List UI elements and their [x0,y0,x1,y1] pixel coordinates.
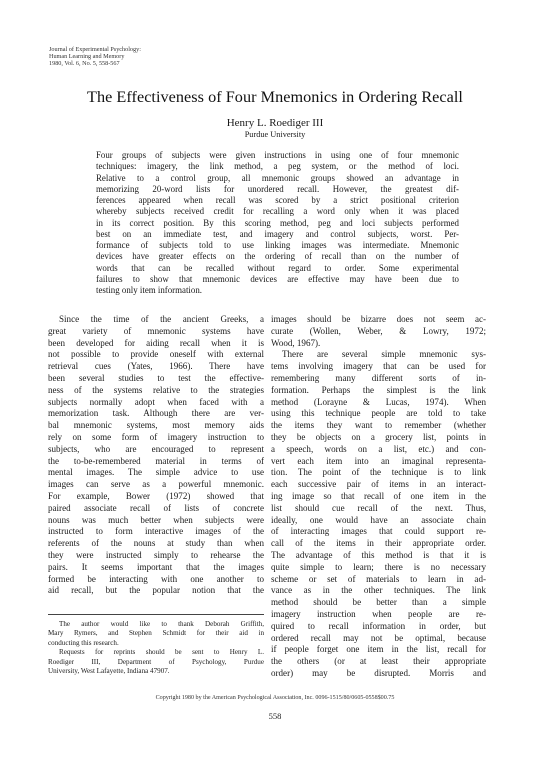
author-name: Henry L. Roediger III [0,117,550,129]
body-line: each successive pair of items in an inte… [271,479,486,491]
abstract-line: testing only item information. [96,285,459,296]
body-line: remembering many different sorts of in- [271,373,486,385]
body-line: subjects, who are encouraged to represen… [48,444,264,456]
author-affiliation: Purdue University [0,130,550,139]
body-line: nouns was much better when subjects were [48,515,264,527]
body-line: order) may be disrupted. Morris and [271,668,486,680]
footnote-line: Roediger III, Department of Psychology, … [48,658,264,667]
body-line: vance as in the other techniques. The li… [271,585,486,597]
body-line: subjects normally adopt when faced with … [48,397,264,409]
abstract-line: Four groups of subjects were given instr… [96,150,459,161]
footnote-line: Mary Rymers, and Stephen Schmidt for the… [48,629,264,638]
footnote-line: conducting this research. [48,639,264,648]
body-line: quired to recall information in order, b… [271,621,486,633]
body-line: they be objects on a grocery list, point… [271,432,486,444]
body-line: using this technique people are told to … [271,408,486,420]
abstract-line: failures to show that mnemonic devices a… [96,274,459,285]
body-line: ordered recall may not be optimal, becau… [271,633,486,645]
body-line: a speech, words on a list, etc.) and con… [271,444,486,456]
body-line: memorization task. Although there are ve… [48,408,264,420]
footnote-line: The author would like to thank Deborah G… [48,620,264,629]
abstract-line: memorizing 20-word lists for unordered r… [96,184,459,195]
abstract-line: best on an immediate test, and imagery a… [96,229,459,240]
journal-subtitle: Human Learning and Memory [49,53,141,60]
abstract: Four groups of subjects were given instr… [96,150,459,296]
body-line: they were instructed simply to rehearse … [48,550,264,562]
body-line: not possible to provide oneself with ext… [48,349,264,361]
body-line: list should cue recall of the next. Thus… [271,503,486,515]
body-line: ing image so that recall of one item in … [271,491,486,503]
body-line: the to-be-remembered material in terms o… [48,456,264,468]
body-line: the others (or at least their appropriat… [271,656,486,668]
body-line: been developed for aiding recall when it… [48,338,264,350]
body-line: formed be interacting with one another t… [48,574,264,586]
body-line: retrieval cues (Yates, 1966). There have [48,361,264,373]
body-line: quite simple to learn; there is no neces… [271,562,486,574]
body-line: paired associate recall of lists of conc… [48,503,264,515]
abstract-line: formance of subjects told to use linking… [96,240,459,251]
abstract-line: ferences appeared when recall was scored… [96,195,459,206]
body-line: Wood, 1967). [271,338,486,350]
body-line: method (Lorayne & Lucas, 1974). When [271,397,486,409]
body-line: The advantage of this method is that it … [271,550,486,562]
body-line: mental images. The simple advice to use [48,467,264,479]
body-line: instructed to form interactive images of… [48,526,264,538]
abstract-line: devices have greater effects on the orde… [96,251,459,262]
abstract-line: words that can be recalled without regar… [96,263,459,274]
body-line: of interacting images that could support… [271,526,486,538]
body-line: curate (Wollen, Weber, & Lowry, 1972; [271,326,486,338]
body-line: tems involving imagery that can be used … [271,361,486,373]
abstract-line: Relative to a control group, all mnemoni… [96,173,459,184]
copyright-notice: Copyright 1980 by the American Psycholog… [0,695,550,701]
body-line: formation. Perhaps the simplest is the l… [271,385,486,397]
body-line: rely on some form of imagery instruction… [48,432,264,444]
body-line: For example, Bower (1972) showed that [48,491,264,503]
body-column-right: images should be bizarre does not seem a… [271,314,486,680]
body-line: There are several simple mnemonic sys- [271,349,486,361]
body-line: images can serve as a powerful mnemonic. [48,479,264,491]
paper-title: The Effectiveness of Four Mnemonics in O… [0,88,550,107]
body-line: bal mnemonic systems, most memory aids [48,420,264,432]
abstract-line: whereby subjects received credit for rec… [96,206,459,217]
journal-header: Journal of Experimental Psychology: Huma… [49,46,141,68]
body-line: vert each item into an imaginal represen… [271,456,486,468]
body-line: aid recall, but the popular notion that … [48,585,264,597]
footnote-line: University, West Lafayette, Indiana 4790… [48,667,264,676]
body-line: ness of the systems relative to the stra… [48,385,264,397]
body-line: pairs. It seems important that the image… [48,562,264,574]
body-line: method should be better than a simple [271,597,486,609]
journal-name: Journal of Experimental Psychology: [49,46,141,53]
journal-citation: 1980, Vol. 6, No. 5, 558-567 [49,60,141,67]
body-line: call of the items in their appropriate o… [271,538,486,550]
body-line: tion. The point of the technique is to l… [271,467,486,479]
body-line: the items they want to remember (whether [271,420,486,432]
body-line: images should be bizarre does not seem a… [271,314,486,326]
footnotes: The author would like to thank Deborah G… [48,620,264,676]
footnote-divider [48,614,264,615]
body-line: Since the time of the ancient Greeks, a [48,314,264,326]
abstract-line: techniques: imagery, the link method, a … [96,161,459,172]
body-column-left: Since the time of the ancient Greeks, a … [48,314,264,597]
body-line: scheme or set of materials to learn in a… [271,574,486,586]
abstract-line: in its correct position. By this scoring… [96,218,459,229]
body-line: if people forget one item in the list, r… [271,644,486,656]
body-line: ideally, one would have an associate cha… [271,515,486,527]
body-line: great variety of mnemonic systems have [48,326,264,338]
footnote-line: Requests for reprints should be sent to … [48,648,264,657]
body-line: been several studies to test the effecti… [48,373,264,385]
body-line: referents of the nouns at study than whe… [48,538,264,550]
page-number: 558 [0,711,550,721]
body-line: imagery instruction when people are re- [271,609,486,621]
